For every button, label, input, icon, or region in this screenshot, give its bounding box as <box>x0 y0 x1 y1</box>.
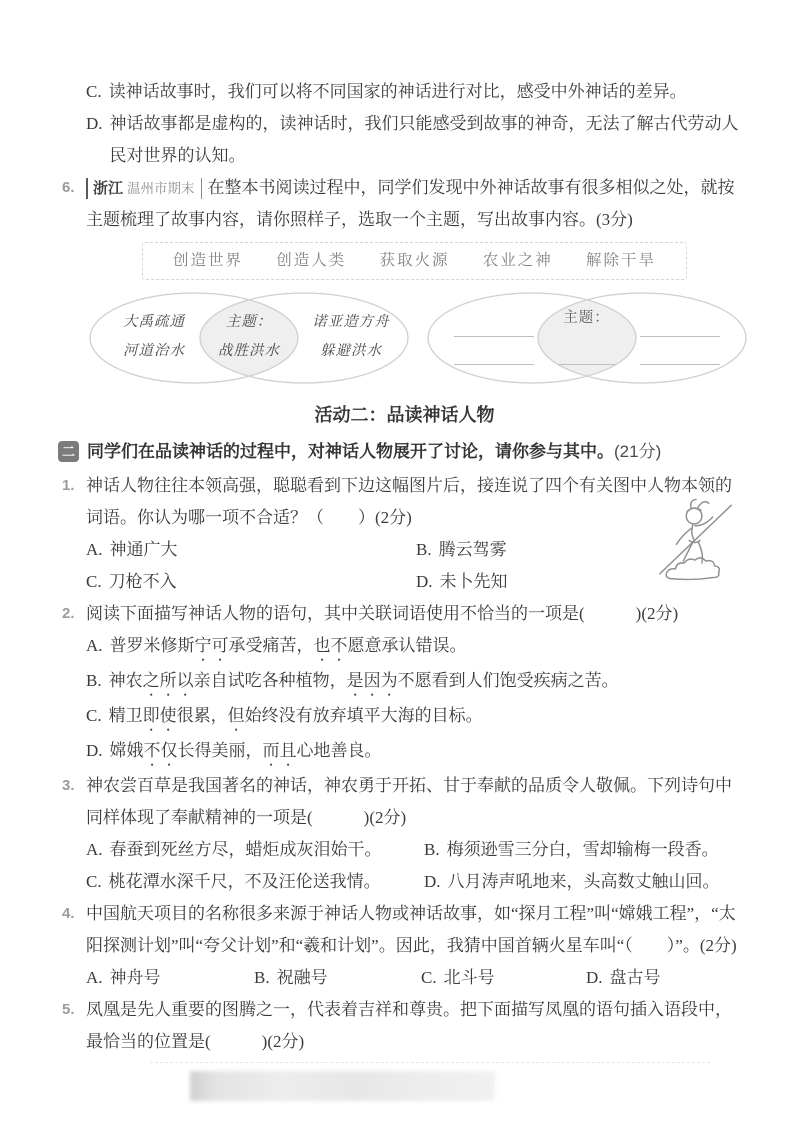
option-label: A. <box>86 840 103 859</box>
question-text-main: 凤凰是先人重要的图腾之一，代表着吉祥和尊贵。把下面描写凤凰的语句插入语段中，最恰… <box>86 1000 732 1051</box>
word-bank-item: 创造人类 <box>276 247 346 275</box>
question-number: 4. <box>62 898 86 930</box>
option-a: A.神舟号 <box>86 962 254 994</box>
option-row-c: C. 读神话故事时，我们可以将不同国家的神话进行对比，感受中外神话的差异。 <box>62 76 747 108</box>
score-label: (2分) <box>700 936 737 955</box>
cutoff-dashed-border <box>150 1062 710 1063</box>
score-label: (2分) <box>375 508 412 527</box>
word-bank: 创造世界 创造人类 获取火源 农业之神 解除干旱 <box>142 242 687 280</box>
option-text: 春蚕到死丝方尽，蜡炬成灰泪始干。 <box>110 840 382 859</box>
question-body: 浙江温州市期末在整本书阅读过程中，同学们发现中外神话故事有很多相似之处，就按主题… <box>86 172 747 390</box>
venn-diagram-row: 大禹疏通 河道治水 主题： 战胜洪水 诺亚造方舟 躲避洪水 <box>88 290 747 386</box>
question-4: 4. 中国航天项目的名称很多来源于神话人物或神话故事，如“探月工程”叫“嫦娥工程… <box>62 898 747 994</box>
venn-text-line: 河道治水 <box>104 337 204 366</box>
prev-question-options: C. 读神话故事时，我们可以将不同国家的神话进行对比，感受中外神话的差异。 D.… <box>62 76 747 172</box>
question-number: 5. <box>62 994 86 1026</box>
option-text: 神农 <box>109 671 143 690</box>
emphasized-word: 但 <box>228 706 245 725</box>
option-text: 始终没有放弃填平大海的目标。 <box>245 706 483 725</box>
venn-text-line: 主题： <box>544 304 630 333</box>
score-label: (2分) <box>267 1032 304 1051</box>
test-paper-page: C. 读神话故事时，我们可以将不同国家的神话进行对比，感受中外神话的差异。 D.… <box>0 0 793 1122</box>
question-1: 1. 神话人物往往本领高强，聪聪看到下边这幅图片后，接连说了四个有关图中人物本领… <box>62 470 747 598</box>
venn-text-line: 大禹疏通 <box>104 308 204 337</box>
option-a: A.普罗米修斯宁可承受痛苦，也不愿意承认错误。 <box>86 630 747 665</box>
option-text: 愿意承认错误。 <box>348 636 467 655</box>
option-text: 亲自试吃各种植物， <box>194 671 347 690</box>
question-text: 神话人物往往本领高强，聪聪看到下边这幅图片后，接连说了四个有关图中人物本领的词语… <box>86 470 747 534</box>
option-text: 梅须逊雪三分白，雪却输梅一段香。 <box>447 840 719 859</box>
blank-line <box>454 336 534 337</box>
section-text-main: 同学们在品读神话的过程中，对神话人物展开了讨论，请你参与其中。 <box>87 442 614 461</box>
emphasized-word: 即使 <box>143 706 177 725</box>
venn-right-story: 诺亚造方舟 躲避洪水 <box>296 308 406 366</box>
option-d: D.盘古号 <box>586 962 747 994</box>
venn-text-line: 战胜洪水 <box>202 337 296 366</box>
venn-theme-label: 主题： 战胜洪水 <box>202 308 296 366</box>
question-5: 5. 凤凰是先人重要的图腾之一，代表着吉祥和尊贵。把下面描写凤凰的语句插入语段中… <box>62 994 747 1058</box>
option-text: 长得美丽， <box>178 741 263 760</box>
question-body: 神话人物往往本领高强，聪聪看到下边这幅图片后，接连说了四个有关图中人物本领的词语… <box>86 470 747 598</box>
option-text: 八月涛声吼地来，头高数丈触山回。 <box>448 872 720 891</box>
option-label: D. <box>86 741 103 760</box>
question-body: 神农尝百草是我国著名的神话，神农勇于开拓、甘于奉献的品质令人敬佩。下列诗句中同样… <box>86 770 747 898</box>
emphasized-word: 而且 <box>263 741 297 760</box>
option-text: 很累， <box>177 706 228 725</box>
question-number: 6. <box>62 172 86 204</box>
option-c: C.刀枪不入 <box>86 566 416 598</box>
question-body: 中国航天项目的名称很多来源于神话人物或神话故事，如“探月工程”叫“嫦娥工程”，“… <box>86 898 747 994</box>
option-c: C.北斗号 <box>421 962 586 994</box>
option-text: 精卫 <box>109 706 143 725</box>
word-bank-item: 创造世界 <box>173 247 243 275</box>
section-badge: 二 <box>58 441 79 462</box>
question-text: 神农尝百草是我国著名的神话，神农勇于开拓、甘于奉献的品质令人敬佩。下列诗句中同样… <box>86 770 747 834</box>
blank-line <box>640 336 720 337</box>
question-number: 2. <box>62 598 86 630</box>
option-row-d: D. 神话故事都是虚构的，读神话时，我们只能感受到故事的神奇，无法了解古代劳动人… <box>62 108 747 172</box>
option-text: 祝融号 <box>277 968 328 987</box>
question-3-options: A.春蚕到死丝方尽，蜡炬成灰泪始干。 B.梅须逊雪三分白，雪却输梅一段香。 C.… <box>86 834 747 898</box>
question-text-main: 阅读下面描写神话人物的语句，其中关联词语使用不恰当的一项是( ) <box>86 604 641 623</box>
venn-text-line: 主题： <box>202 308 296 337</box>
province-tag: 浙江温州市期末 <box>86 178 202 199</box>
option-text: 承受痛苦， <box>229 636 314 655</box>
blank-line <box>640 364 720 365</box>
question-number: 1. <box>62 470 86 502</box>
option-a: A.春蚕到死丝方尽，蜡炬成灰泪始干。 <box>86 834 424 866</box>
option-label: B. <box>416 540 432 559</box>
score-label: (2分) <box>369 808 406 827</box>
option-text: 未卜先知 <box>440 572 508 591</box>
section-text: 同学们在品读神话的过程中，对神话人物展开了讨论，请你参与其中。(21分) <box>87 436 661 468</box>
emphasized-word: 不仅 <box>144 741 178 760</box>
emphasized-word: 是因为 <box>347 671 398 690</box>
option-label: B. <box>254 968 270 987</box>
option-label: A. <box>86 968 103 987</box>
question-body: 凤凰是先人重要的图腾之一，代表着吉祥和尊贵。把下面描写凤凰的语句插入语段中，最恰… <box>86 994 747 1058</box>
option-text: 盘古号 <box>610 968 661 987</box>
option-d: D.嫦娥不仅长得美丽，而且心地善良。 <box>86 735 747 770</box>
venn-left-story: 大禹疏通 河道治水 <box>104 308 204 366</box>
option-b: B.梅须逊雪三分白，雪却输梅一段香。 <box>424 834 747 866</box>
score-label: (3分) <box>596 210 633 229</box>
question-6-text: 浙江温州市期末在整本书阅读过程中，同学们发现中外神话故事有很多相似之处，就按主题… <box>86 172 747 236</box>
option-text: 桃花潭水深千尺，不及汪伦送我情。 <box>109 872 381 891</box>
question-text: 阅读下面描写神话人物的语句，其中关联词语使用不恰当的一项是( )(2分) <box>86 598 747 630</box>
option-text: 嫦娥 <box>110 741 144 760</box>
option-c: C.桃花潭水深千尺，不及汪伦送我情。 <box>86 866 424 898</box>
question-body: 阅读下面描写神话人物的语句，其中关联词语使用不恰当的一项是( )(2分) A.普… <box>86 598 747 770</box>
option-label: C. <box>86 572 102 591</box>
option-label: D. <box>424 872 441 891</box>
question-text-main: 神农尝百草是我国著名的神话，神农勇于开拓、甘于奉献的品质令人敬佩。下列诗句中同样… <box>86 776 732 827</box>
option-text: 神通广大 <box>110 540 178 559</box>
option-a: A.神通广大 <box>86 534 416 566</box>
option-text: 神舟号 <box>110 968 161 987</box>
province-tag-source: 温州市期末 <box>127 181 195 196</box>
option-text: 普罗米修斯 <box>110 636 195 655</box>
word-bank-item: 农业之神 <box>483 247 553 275</box>
option-b: B.神农之所以亲自试吃各种植物，是因为不愿看到人们饱受疾病之苦。 <box>86 665 747 700</box>
word-bank-item: 解除干旱 <box>586 247 656 275</box>
score-label: (21分) <box>614 442 661 461</box>
question-1-options: A.神通广大 B.腾云驾雾 C.刀枪不入 D.未卜先知 <box>86 534 747 598</box>
option-label: B. <box>424 840 440 859</box>
option-label: C. <box>86 872 102 891</box>
option-label: A. <box>86 636 103 655</box>
question-text: 凤凰是先人重要的图腾之一，代表着吉祥和尊贵。把下面描写凤凰的语句插入语段中，最恰… <box>86 994 747 1058</box>
question-number: 3. <box>62 770 86 802</box>
question-text: 中国航天项目的名称很多来源于神话人物或神话故事，如“探月工程”叫“嫦娥工程”，“… <box>86 898 747 962</box>
blank-line <box>454 364 534 365</box>
option-label: A. <box>86 540 103 559</box>
option-text: 心地善良。 <box>297 741 382 760</box>
emphasized-word: 宁可 <box>195 636 229 655</box>
section-two-header: 二 同学们在品读神话的过程中，对神话人物展开了讨论，请你参与其中。(21分) <box>58 436 747 468</box>
question-2: 2. 阅读下面描写神话人物的语句，其中关联词语使用不恰当的一项是( )(2分) … <box>62 598 747 770</box>
deity-figure-illustration <box>653 494 741 588</box>
option-d: D.八月涛声吼地来，头高数丈触山回。 <box>424 866 747 898</box>
option-label: C. <box>421 968 437 987</box>
option-label: C. <box>86 76 102 108</box>
activity-heading: 活动二：品读神话人物 <box>62 400 747 430</box>
option-text: 北斗号 <box>444 968 495 987</box>
option-text: 读神话故事时，我们可以将不同国家的神话进行对比，感受中外神话的差异。 <box>109 76 747 108</box>
option-text: 腾云驾雾 <box>439 540 507 559</box>
option-label: B. <box>86 671 102 690</box>
venn-example: 大禹疏通 河道治水 主题： 战胜洪水 诺亚造方舟 躲避洪水 <box>88 290 410 386</box>
option-label: D. <box>86 108 103 140</box>
smudge-watermark <box>190 1071 495 1101</box>
option-b: B.祝融号 <box>254 962 421 994</box>
province-tag-region: 浙江 <box>93 180 123 197</box>
venn-blank: 主题： <box>426 290 748 386</box>
question-3: 3. 神农尝百草是我国著名的神话，神农勇于开拓、甘于奉献的品质令人敬佩。下列诗句… <box>62 770 747 898</box>
venn-theme-label: 主题： <box>544 304 630 333</box>
question-text-main: 中国航天项目的名称很多来源于神话人物或神话故事，如“探月工程”叫“嫦娥工程”，“… <box>86 904 736 955</box>
option-label: D. <box>416 572 433 591</box>
question-4-options: A.神舟号 B.祝融号 C.北斗号 D.盘古号 <box>86 962 747 994</box>
emphasized-word: 也不 <box>314 636 348 655</box>
blank-line <box>559 364 615 365</box>
option-text: 不愿看到人们饱受疾病之苦。 <box>398 671 619 690</box>
option-label: D. <box>586 968 603 987</box>
emphasized-word: 之所以 <box>143 671 194 690</box>
word-bank-item: 获取火源 <box>379 247 449 275</box>
option-c: C.精卫即使很累，但始终没有放弃填平大海的目标。 <box>86 700 747 735</box>
venn-text-line: 诺亚造方舟 <box>296 308 406 337</box>
option-text: 神话故事都是虚构的，读神话时，我们只能感受到故事的神奇，无法了解古代劳动人民对世… <box>110 108 747 172</box>
option-label: C. <box>86 706 102 725</box>
venn-text-line: 躲避洪水 <box>296 337 406 366</box>
option-text: 刀枪不入 <box>109 572 177 591</box>
question-6: 6. 浙江温州市期末在整本书阅读过程中，同学们发现中外神话故事有很多相似之处，就… <box>62 172 747 390</box>
score-label: (2分) <box>641 604 678 623</box>
